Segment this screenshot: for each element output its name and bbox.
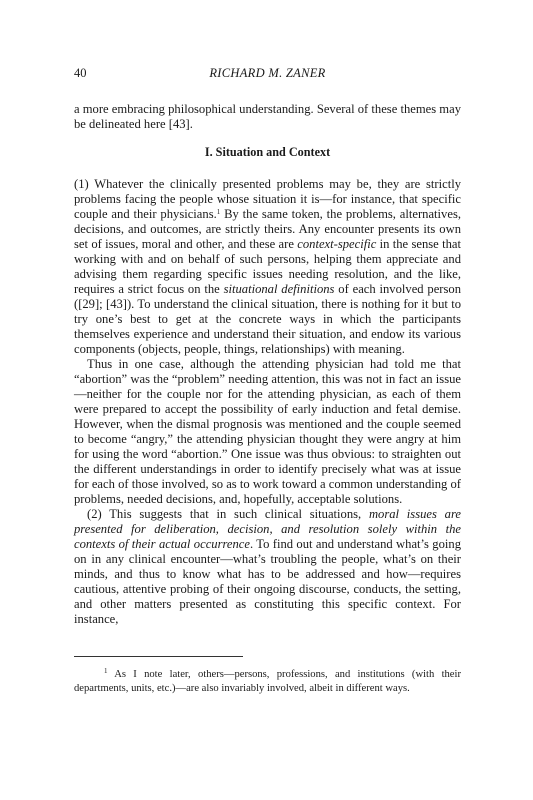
running-head-author: RICHARD M. ZANER xyxy=(74,66,461,81)
paragraph-1: (1) Whatever the clinically presented pr… xyxy=(74,177,461,357)
section-heading: I. Situation and Context xyxy=(74,145,461,160)
p1-italic-context-specific: context-specific xyxy=(297,237,376,251)
p3-text-a: (2) This suggests that in such clinical … xyxy=(87,507,369,521)
footnote-divider xyxy=(74,656,243,657)
paragraph-2: Thus in one case, although the attending… xyxy=(74,357,461,507)
footnote-text: As I note later, others—persons, profess… xyxy=(74,669,461,694)
lead-paragraph: a more embracing philosophical understan… xyxy=(74,102,461,132)
footnote-1: 1 As I note later, others—persons, profe… xyxy=(74,668,461,696)
paragraph-3: (2) This suggests that in such clinical … xyxy=(74,507,461,627)
main-text: (1) Whatever the clinically presented pr… xyxy=(74,177,461,627)
document-page: 40 RICHARD M. ZANER a more embracing phi… xyxy=(0,0,533,800)
p1-italic-situational-definitions: situational definitions xyxy=(224,282,335,296)
running-header: 40 RICHARD M. ZANER xyxy=(74,66,461,82)
footnote: 1 As I note later, others—persons, profe… xyxy=(74,668,461,696)
lead-paragraph-block: a more embracing philosophical understan… xyxy=(74,102,461,132)
